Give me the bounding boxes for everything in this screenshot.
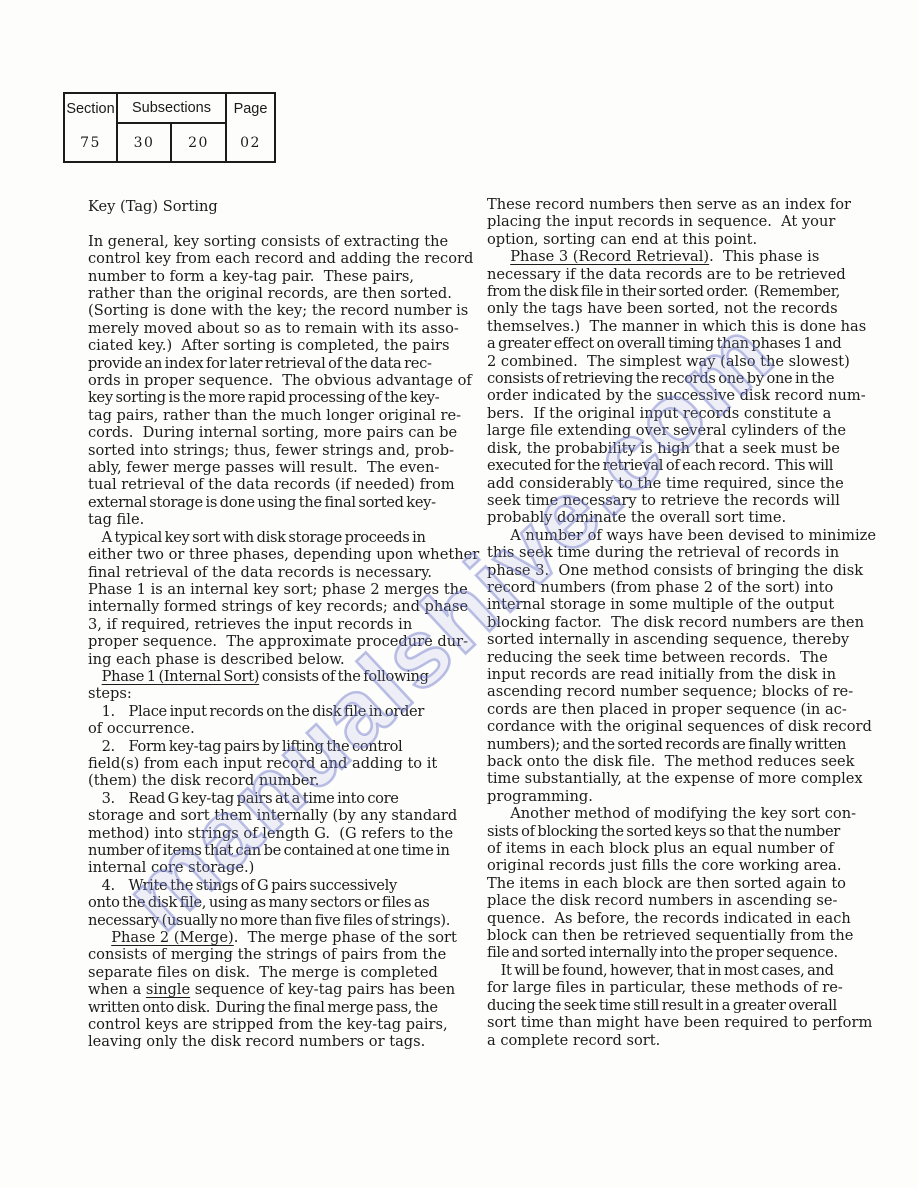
text-line: field(s) from each input record and addi…	[88, 755, 478, 772]
text-line: number to form a key-tag pair. These pai…	[88, 268, 478, 285]
text-line: leaving only the disk record numbers or …	[88, 1033, 478, 1050]
text-line: tag file.	[88, 511, 478, 528]
underlined-text: Phase 3 (Record Retrieval)	[510, 248, 709, 265]
text-line: consists of retrieving the records one b…	[487, 370, 877, 387]
text-line: necessary (usually no more than five fil…	[88, 912, 478, 929]
text-line: key sorting is the more rapid processing…	[88, 389, 478, 406]
text-line: tual retrieval of the data records (if n…	[88, 476, 478, 493]
text-line: executed for the retrieval of each recor…	[487, 457, 877, 474]
document-page: Section 75 Subsections 30 20 Page 02 Key…	[0, 0, 918, 1188]
text-line: consists of merging the strings of pairs…	[88, 946, 478, 963]
text-line: A number of ways have been devised to mi…	[487, 527, 877, 544]
text-line: control keys are stripped from the key-t…	[88, 1016, 478, 1033]
text-segment: sequence of key-tag pairs has been	[190, 981, 455, 998]
left-column-text: In general, key sorting consists of extr…	[88, 233, 478, 1051]
text-line: blocking factor. The disk record numbers…	[487, 614, 877, 631]
table-header-section: Section	[66, 94, 114, 124]
text-line: this seek time during the retrieval of r…	[487, 544, 877, 561]
text-line: input records are read initially from th…	[487, 666, 877, 683]
text-line: only the tags have been sorted, not the …	[487, 300, 877, 317]
text-line: It will be found, however, that in most …	[487, 962, 877, 979]
text-line: time substantially, at the expense of mo…	[487, 770, 877, 787]
text-line: sorted into strings; thus, fewer strings…	[88, 442, 478, 459]
text-line: disk, the probability is high that a see…	[487, 440, 877, 457]
text-segment: consists of the following	[259, 668, 429, 685]
text-line: 2. Form key-tag pairs by lifting the con…	[88, 738, 478, 755]
table-value-section: 75	[80, 124, 101, 161]
text-line: cords. During internal sorting, more pai…	[88, 424, 478, 441]
text-line: storage and sort them internally (by any…	[88, 807, 478, 824]
text-line: of items in each block plus an equal num…	[487, 840, 877, 857]
text-line: rather than the original records, are th…	[88, 285, 478, 302]
text-line: cords are then placed in proper sequence…	[487, 701, 877, 718]
underlined-text: single	[146, 981, 190, 998]
text-line: Phase 1 is an internal key sort; phase 2…	[88, 581, 478, 598]
text-line: internal core storage.)	[88, 859, 478, 876]
text-line: A typical key sort with disk storage pro…	[88, 529, 478, 546]
underlined-text: Phase 1 (Internal Sort)	[102, 668, 260, 685]
text-line: separate files on disk. The merge is com…	[88, 964, 478, 981]
text-segment	[487, 248, 510, 265]
text-line: external storage is done using the final…	[88, 494, 478, 511]
table-value-subsection-2: 20	[172, 124, 225, 161]
text-line: option, sorting can end at this point.	[487, 231, 877, 248]
table-cell-section: Section 75	[65, 94, 118, 161]
text-line: ords in proper sequence. The obvious adv…	[88, 372, 478, 389]
text-line: final retrieval of the data records is n…	[88, 564, 478, 581]
text-line: when a single sequence of key-tag pairs …	[88, 981, 478, 998]
text-line: ing each phase is described below.	[88, 651, 478, 668]
text-line: tag pairs, rather than the much longer o…	[88, 407, 478, 424]
text-line: from the disk file in their sorted order…	[487, 283, 877, 300]
text-line: necessary if the data records are to be …	[487, 266, 877, 283]
text-line: sorted internally in ascending sequence,…	[487, 631, 877, 648]
text-line: original records just fills the core wor…	[487, 857, 877, 874]
table-cell-page: Page 02	[225, 94, 274, 161]
text-line: record numbers (from phase 2 of the sort…	[487, 579, 877, 596]
text-line: numbers); and the sorted records are fin…	[487, 736, 877, 753]
text-line: add considerably to the time required, s…	[487, 475, 877, 492]
text-line: sort time than might have been required …	[487, 1014, 877, 1031]
text-line: method) into strings of length G. (G ref…	[88, 825, 478, 842]
text-line: ascending record number sequence; blocks…	[487, 683, 877, 700]
text-line: themselves.) The manner in which this is…	[487, 318, 877, 335]
text-line: back onto the disk file. The method redu…	[487, 753, 877, 770]
text-line: internally formed strings of key records…	[88, 598, 478, 615]
text-line: reducing the seek time between records. …	[487, 649, 877, 666]
table-header-page: Page	[234, 94, 268, 124]
section-heading: Key (Tag) Sorting	[88, 198, 478, 215]
text-line: 4. Write the stings of G pairs successiv…	[88, 877, 478, 894]
text-line: of occurrence.	[88, 720, 478, 737]
text-line: quence. As before, the records indicated…	[487, 910, 877, 927]
text-line: sists of blocking the sorted keys so tha…	[487, 823, 877, 840]
text-line: 2 combined. The simplest way (also the s…	[487, 353, 877, 370]
text-line: programming.	[487, 788, 877, 805]
left-column: Key (Tag) Sorting In general, key sortin…	[88, 198, 478, 1051]
text-segment	[88, 668, 102, 685]
text-line: block can then be retrieved sequentially…	[487, 927, 877, 944]
text-line: (them) the disk record number.	[88, 772, 478, 789]
text-line: bers. If the original input records cons…	[487, 405, 877, 422]
text-line: either two or three phases, depending up…	[88, 546, 478, 563]
right-column: These record numbers then serve as an in…	[487, 196, 877, 1049]
text-line: internal storage in some multiple of the…	[487, 596, 877, 613]
text-line: steps:	[88, 685, 478, 702]
text-line: placing the input records in sequence. A…	[487, 213, 877, 230]
text-line: ducing the seek time still result in a g…	[487, 997, 877, 1014]
text-line: probably dominate the overall sort time.	[487, 509, 877, 526]
text-line: written onto disk. During the final merg…	[88, 999, 478, 1016]
text-line: onto the disk file, using as many sector…	[88, 894, 478, 911]
text-line: large file extending over several cylind…	[487, 422, 877, 439]
text-line: order indicated by the successive disk r…	[487, 387, 877, 404]
underlined-text: Phase 2 (Merge)	[111, 929, 234, 946]
text-line: (Sorting is done with the key; the recor…	[88, 302, 478, 319]
text-line: phase 3. One method consists of bringing…	[487, 562, 877, 579]
text-line: for large files in particular, these met…	[487, 979, 877, 996]
text-line: a complete record sort.	[487, 1032, 877, 1049]
text-line: proper sequence. The approximate procedu…	[88, 633, 478, 650]
text-line: Another method of modifying the key sort…	[487, 805, 877, 822]
text-line: a greater effect on overall timing than …	[487, 335, 877, 352]
text-line: Phase 3 (Record Retrieval). This phase i…	[487, 248, 877, 265]
text-segment: . This phase is	[709, 248, 819, 265]
text-line: control key from each record and adding …	[88, 250, 478, 267]
text-line: 1. Place input records on the disk file …	[88, 703, 478, 720]
table-header-subsections: Subsections	[118, 94, 225, 124]
text-segment: . The merge phase of the sort	[234, 929, 457, 946]
text-line: ciated key.) After sorting is completed,…	[88, 337, 478, 354]
table-value-subsection-1: 30	[118, 124, 172, 161]
text-line: Phase 1 (Internal Sort) consists of the …	[88, 668, 478, 685]
text-line: place the disk record numbers in ascendi…	[487, 892, 877, 909]
text-segment	[88, 929, 111, 946]
text-line: 3, if required, retrieves the input reco…	[88, 616, 478, 633]
text-line: Phase 2 (Merge). The merge phase of the …	[88, 929, 478, 946]
text-line: number of items that can be contained at…	[88, 842, 478, 859]
text-line: file and sorted internally into the prop…	[487, 944, 877, 961]
right-column-text: These record numbers then serve as an in…	[487, 196, 877, 1049]
text-line: merely moved about so as to remain with …	[88, 320, 478, 337]
text-line: These record numbers then serve as an in…	[487, 196, 877, 213]
table-value-page: 02	[240, 124, 261, 161]
text-line: seek time necessary to retrieve the reco…	[487, 492, 877, 509]
section-reference-table: Section 75 Subsections 30 20 Page 02	[63, 92, 276, 163]
text-line: In general, key sorting consists of extr…	[88, 233, 478, 250]
text-line: The items in each block are then sorted …	[487, 875, 877, 892]
text-line: provide an index for later retrieval of …	[88, 355, 478, 372]
text-line: ably, fewer merge passes will result. Th…	[88, 459, 478, 476]
text-segment: when a	[88, 981, 146, 998]
text-line: cordance with the original sequences of …	[487, 718, 877, 735]
text-line: 3. Read G key-tag pairs at a time into c…	[88, 790, 478, 807]
